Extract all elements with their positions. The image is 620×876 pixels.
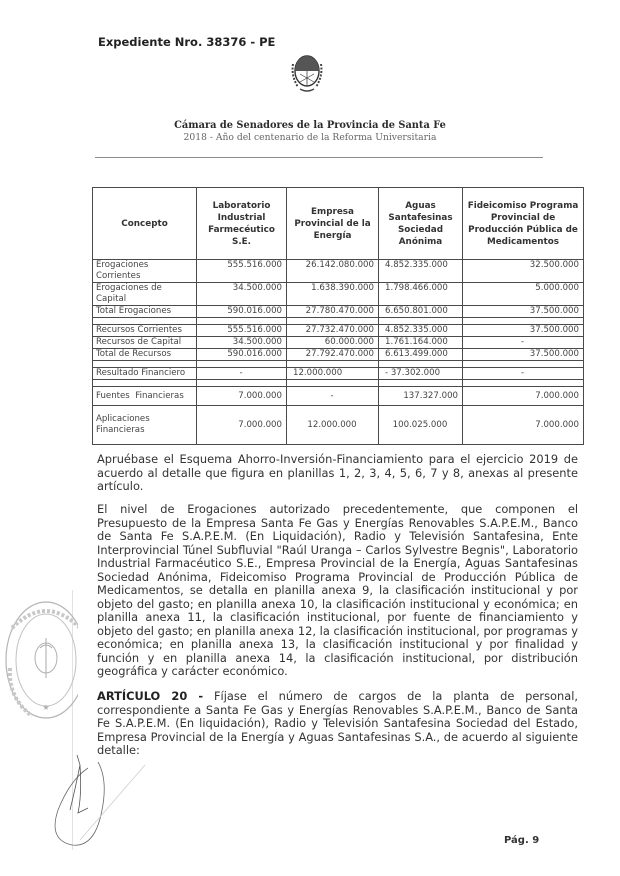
svg-text:★: ★ — [42, 703, 49, 712]
cell-value: 27.780.470.000 — [287, 306, 379, 318]
article-20: ARTÍCULO 20 - Fíjase el número de cargos… — [97, 690, 578, 758]
cell-value: 7.000.000 — [463, 387, 584, 406]
cell-value: 12.000.000 — [287, 368, 379, 380]
table-row: Fuentes Financieras 7.000.000 - 137.327.… — [93, 387, 584, 406]
cell-value: 60.000.000 — [287, 337, 379, 349]
cell-value: 7.000.000 — [197, 406, 287, 445]
table-row: Recursos de Capital 34.500.000 60.000.00… — [93, 337, 584, 349]
cell-value: 1.638.390.000 — [287, 283, 379, 306]
cell-value: - — [197, 368, 287, 380]
document-page: Expediente Nro. 38376 - PE Cámara de Sen… — [0, 0, 620, 876]
table-row: Recursos Corrientes 555.516.000 27.732.4… — [93, 325, 584, 337]
expediente-number: Expediente Nro. 38376 - PE — [98, 35, 275, 49]
paragraph-expenditures: El nivel de Erogaciones autorizado prece… — [97, 503, 578, 679]
cell-value: 555.516.000 — [197, 260, 287, 283]
cell-value: 7.000.000 — [197, 387, 287, 406]
cell-value: 4.852.335.000 — [379, 260, 463, 283]
paragraph-approval: Apruébase el Esquema Ahorro-Inversión-Fi… — [97, 453, 578, 494]
column-header: Concepto — [93, 188, 197, 260]
column-header: Laboratorio Industrial Farmecéutico S.E. — [197, 188, 287, 260]
table-spacer-row — [93, 318, 584, 325]
table-row: Erogaciones de Capital 34.500.000 1.638.… — [93, 283, 584, 306]
row-label: Recursos Corrientes — [93, 325, 197, 337]
cell-value: 37.500.000 — [463, 306, 584, 318]
cell-value: 1.761.164.000 — [379, 337, 463, 349]
row-label: Recursos de Capital — [93, 337, 197, 349]
column-header: Aguas Santafesinas Sociedad Anónima — [379, 188, 463, 260]
row-label: Total de Recursos — [93, 349, 197, 361]
signature-icon — [50, 740, 160, 850]
cell-value: 37.500.000 — [463, 349, 584, 361]
cell-value: 37.500.000 — [463, 325, 584, 337]
cell-value: 1.798.466.000 — [379, 283, 463, 306]
article-heading: ARTÍCULO 20 - — [97, 689, 203, 703]
cell-value: 6.650.801.000 — [379, 306, 463, 318]
cell-value: 137.327.000 — [379, 387, 463, 406]
table-spacer-row — [93, 380, 584, 387]
row-label: Aplicaciones Financieras — [93, 406, 197, 445]
table-row: Aplicaciones Financieras 7.000.000 12.00… — [93, 406, 584, 445]
cell-value: - — [287, 387, 379, 406]
cell-value: 5.000.000 — [463, 283, 584, 306]
cell-value: 32.500.000 — [463, 260, 584, 283]
row-label: Resultado Financiero — [93, 368, 197, 380]
ministry-seal-icon: ★ — [2, 598, 78, 726]
row-label: Erogaciones de Capital — [93, 283, 197, 306]
cell-value: 12.000.000 — [287, 406, 379, 445]
cell-value: - — [463, 368, 584, 380]
page-number: Pág. 9 — [504, 835, 539, 846]
cell-value: 100.025.000 — [379, 406, 463, 445]
cell-value: - 37.302.000 — [379, 368, 463, 380]
cell-value: 590.016.000 — [197, 306, 287, 318]
row-label: Total Erogaciones — [93, 306, 197, 318]
cell-value: 590.016.000 — [197, 349, 287, 361]
column-header: Empresa Provincial de la Energía — [287, 188, 379, 260]
table-header-row: Concepto Laboratorio Industrial Farmecéu… — [93, 188, 584, 260]
budget-table: Concepto Laboratorio Industrial Farmecéu… — [92, 187, 584, 445]
cell-value: 4.852.335.000 — [379, 325, 463, 337]
coat-of-arms-icon — [290, 52, 324, 94]
chamber-subtitle: 2018 - Año del centenario de la Reforma … — [0, 132, 620, 143]
cell-value: 34.500.000 — [197, 283, 287, 306]
cell-value: - — [463, 337, 584, 349]
header-divider — [95, 157, 543, 158]
cell-value: 27.732.470.000 — [287, 325, 379, 337]
cell-value: 7.000.000 — [463, 406, 584, 445]
cell-value: 555.516.000 — [197, 325, 287, 337]
column-header: Fideicomiso Programa Provincial de Produ… — [463, 188, 584, 260]
chamber-title: Cámara de Senadores de la Provincia de S… — [0, 120, 620, 131]
table-row: Total de Recursos 590.016.000 27.792.470… — [93, 349, 584, 361]
cell-value: 6.613.499.000 — [379, 349, 463, 361]
cell-value: 27.792.470.000 — [287, 349, 379, 361]
row-label: Fuentes Financieras — [93, 387, 197, 406]
table-spacer-row — [93, 361, 584, 368]
table-row: Erogaciones Corrientes 555.516.000 26.14… — [93, 260, 584, 283]
table-row: Resultado Financiero - 12.000.000 - 37.3… — [93, 368, 584, 380]
table-row: Total Erogaciones 590.016.000 27.780.470… — [93, 306, 584, 318]
cell-value: 26.142.080.000 — [287, 260, 379, 283]
row-label: Erogaciones Corrientes — [93, 260, 197, 283]
cell-value: 34.500.000 — [197, 337, 287, 349]
